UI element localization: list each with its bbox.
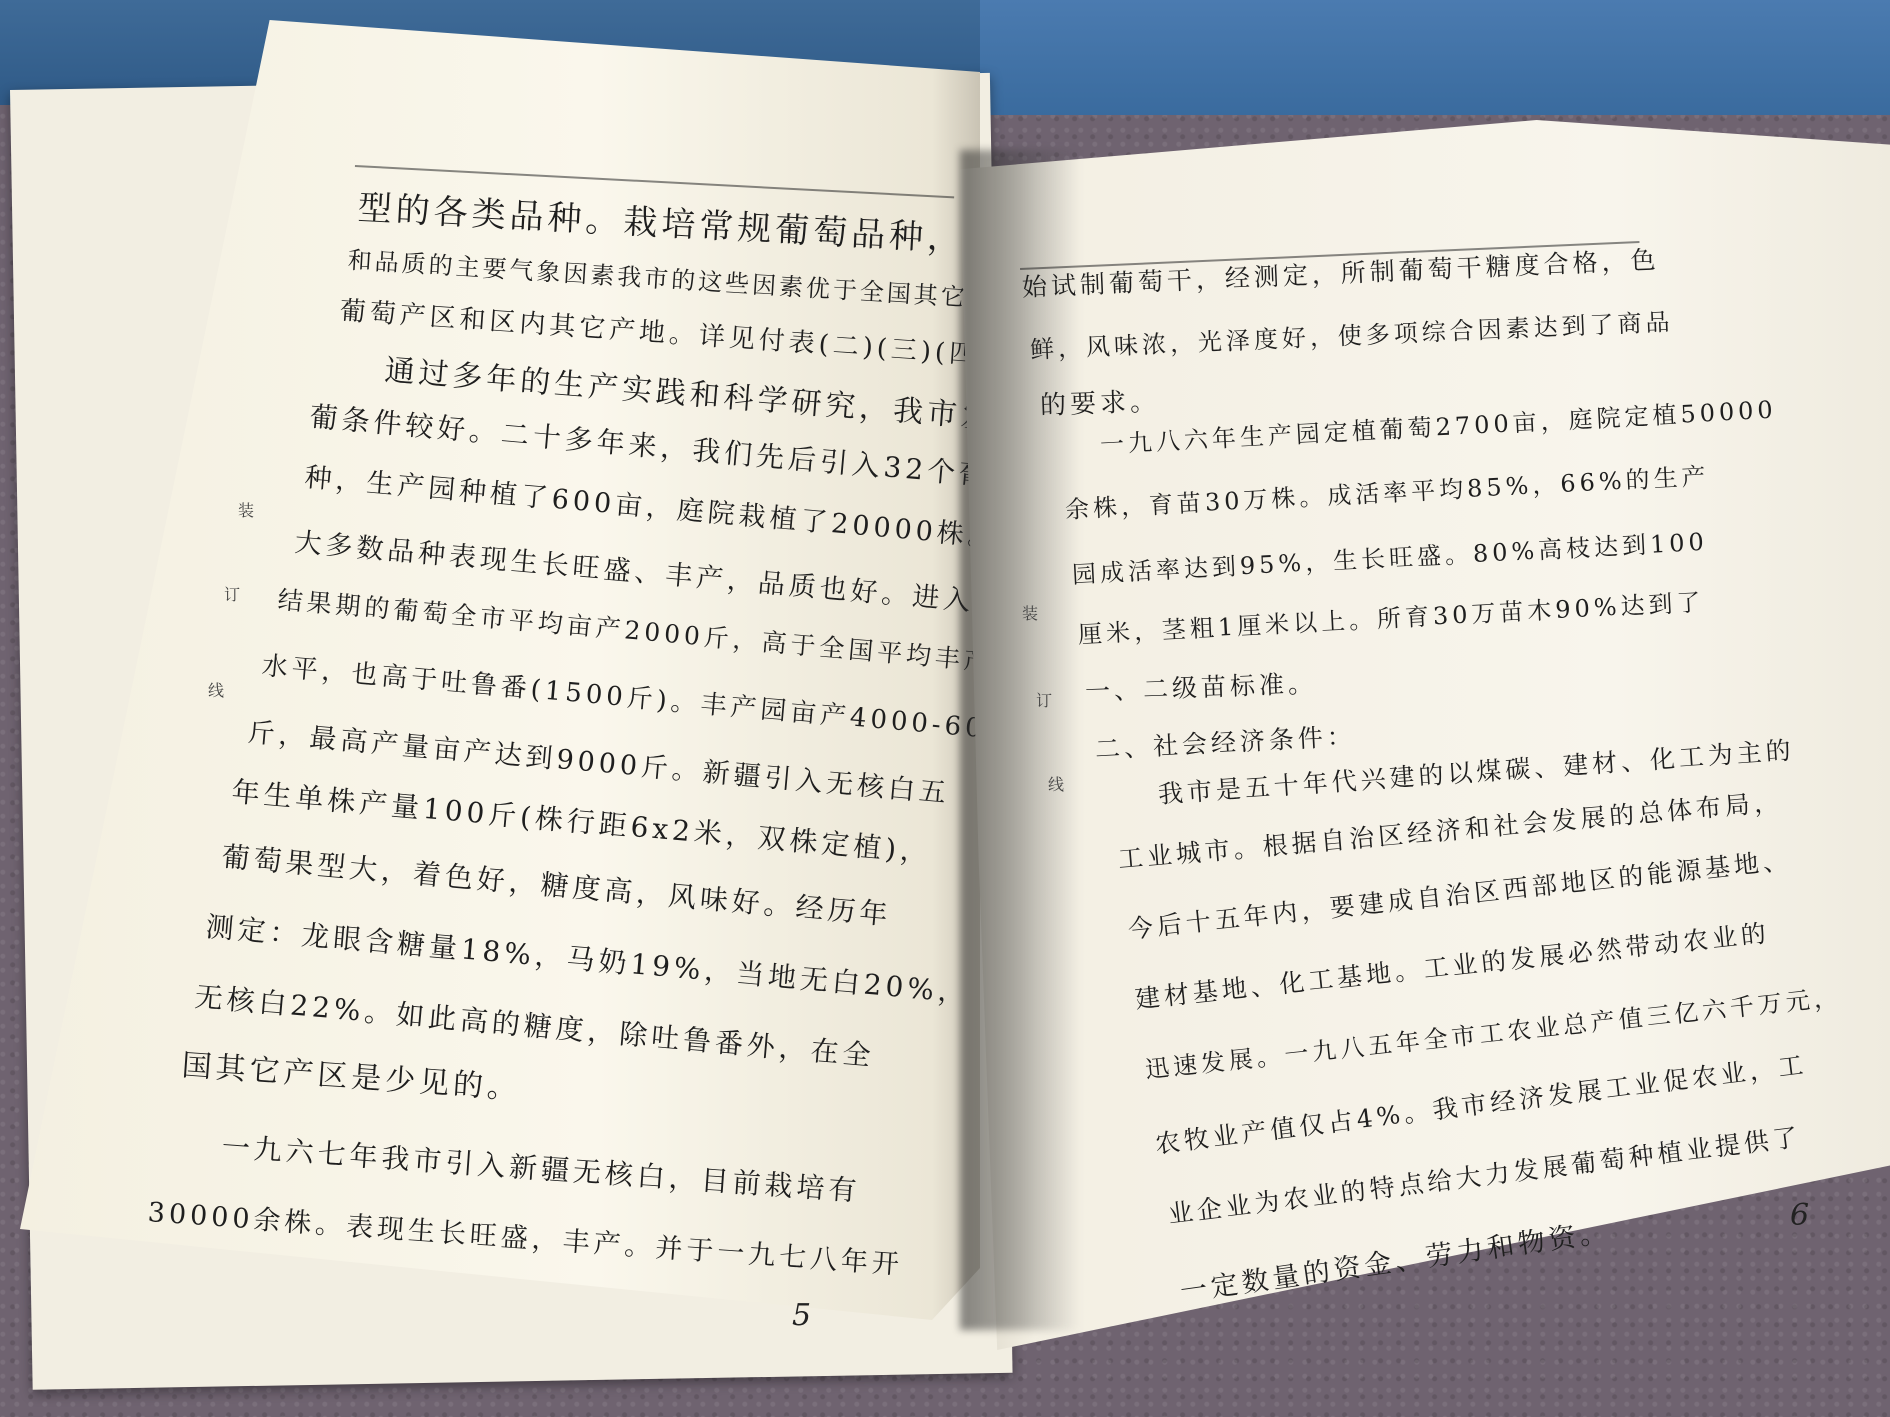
right-page-number: 6 — [1790, 1198, 1809, 1233]
photocopy-gutter-shadow — [960, 150, 1080, 1330]
binding-mark-zhuang-right: 装 — [1022, 601, 1038, 624]
binding-mark-ding: 订 — [224, 582, 240, 605]
binding-mark-xian: 线 — [208, 678, 224, 701]
blue-folder-flap — [980, 0, 1890, 115]
binding-mark-xian-right: 线 — [1048, 772, 1064, 795]
binding-mark-ding-right: 订 — [1036, 688, 1052, 711]
right-line-3: 的要求。 — [1039, 381, 1160, 422]
binding-mark-zhuang: 装 — [238, 498, 254, 521]
left-page-number: 5 — [792, 1298, 811, 1333]
